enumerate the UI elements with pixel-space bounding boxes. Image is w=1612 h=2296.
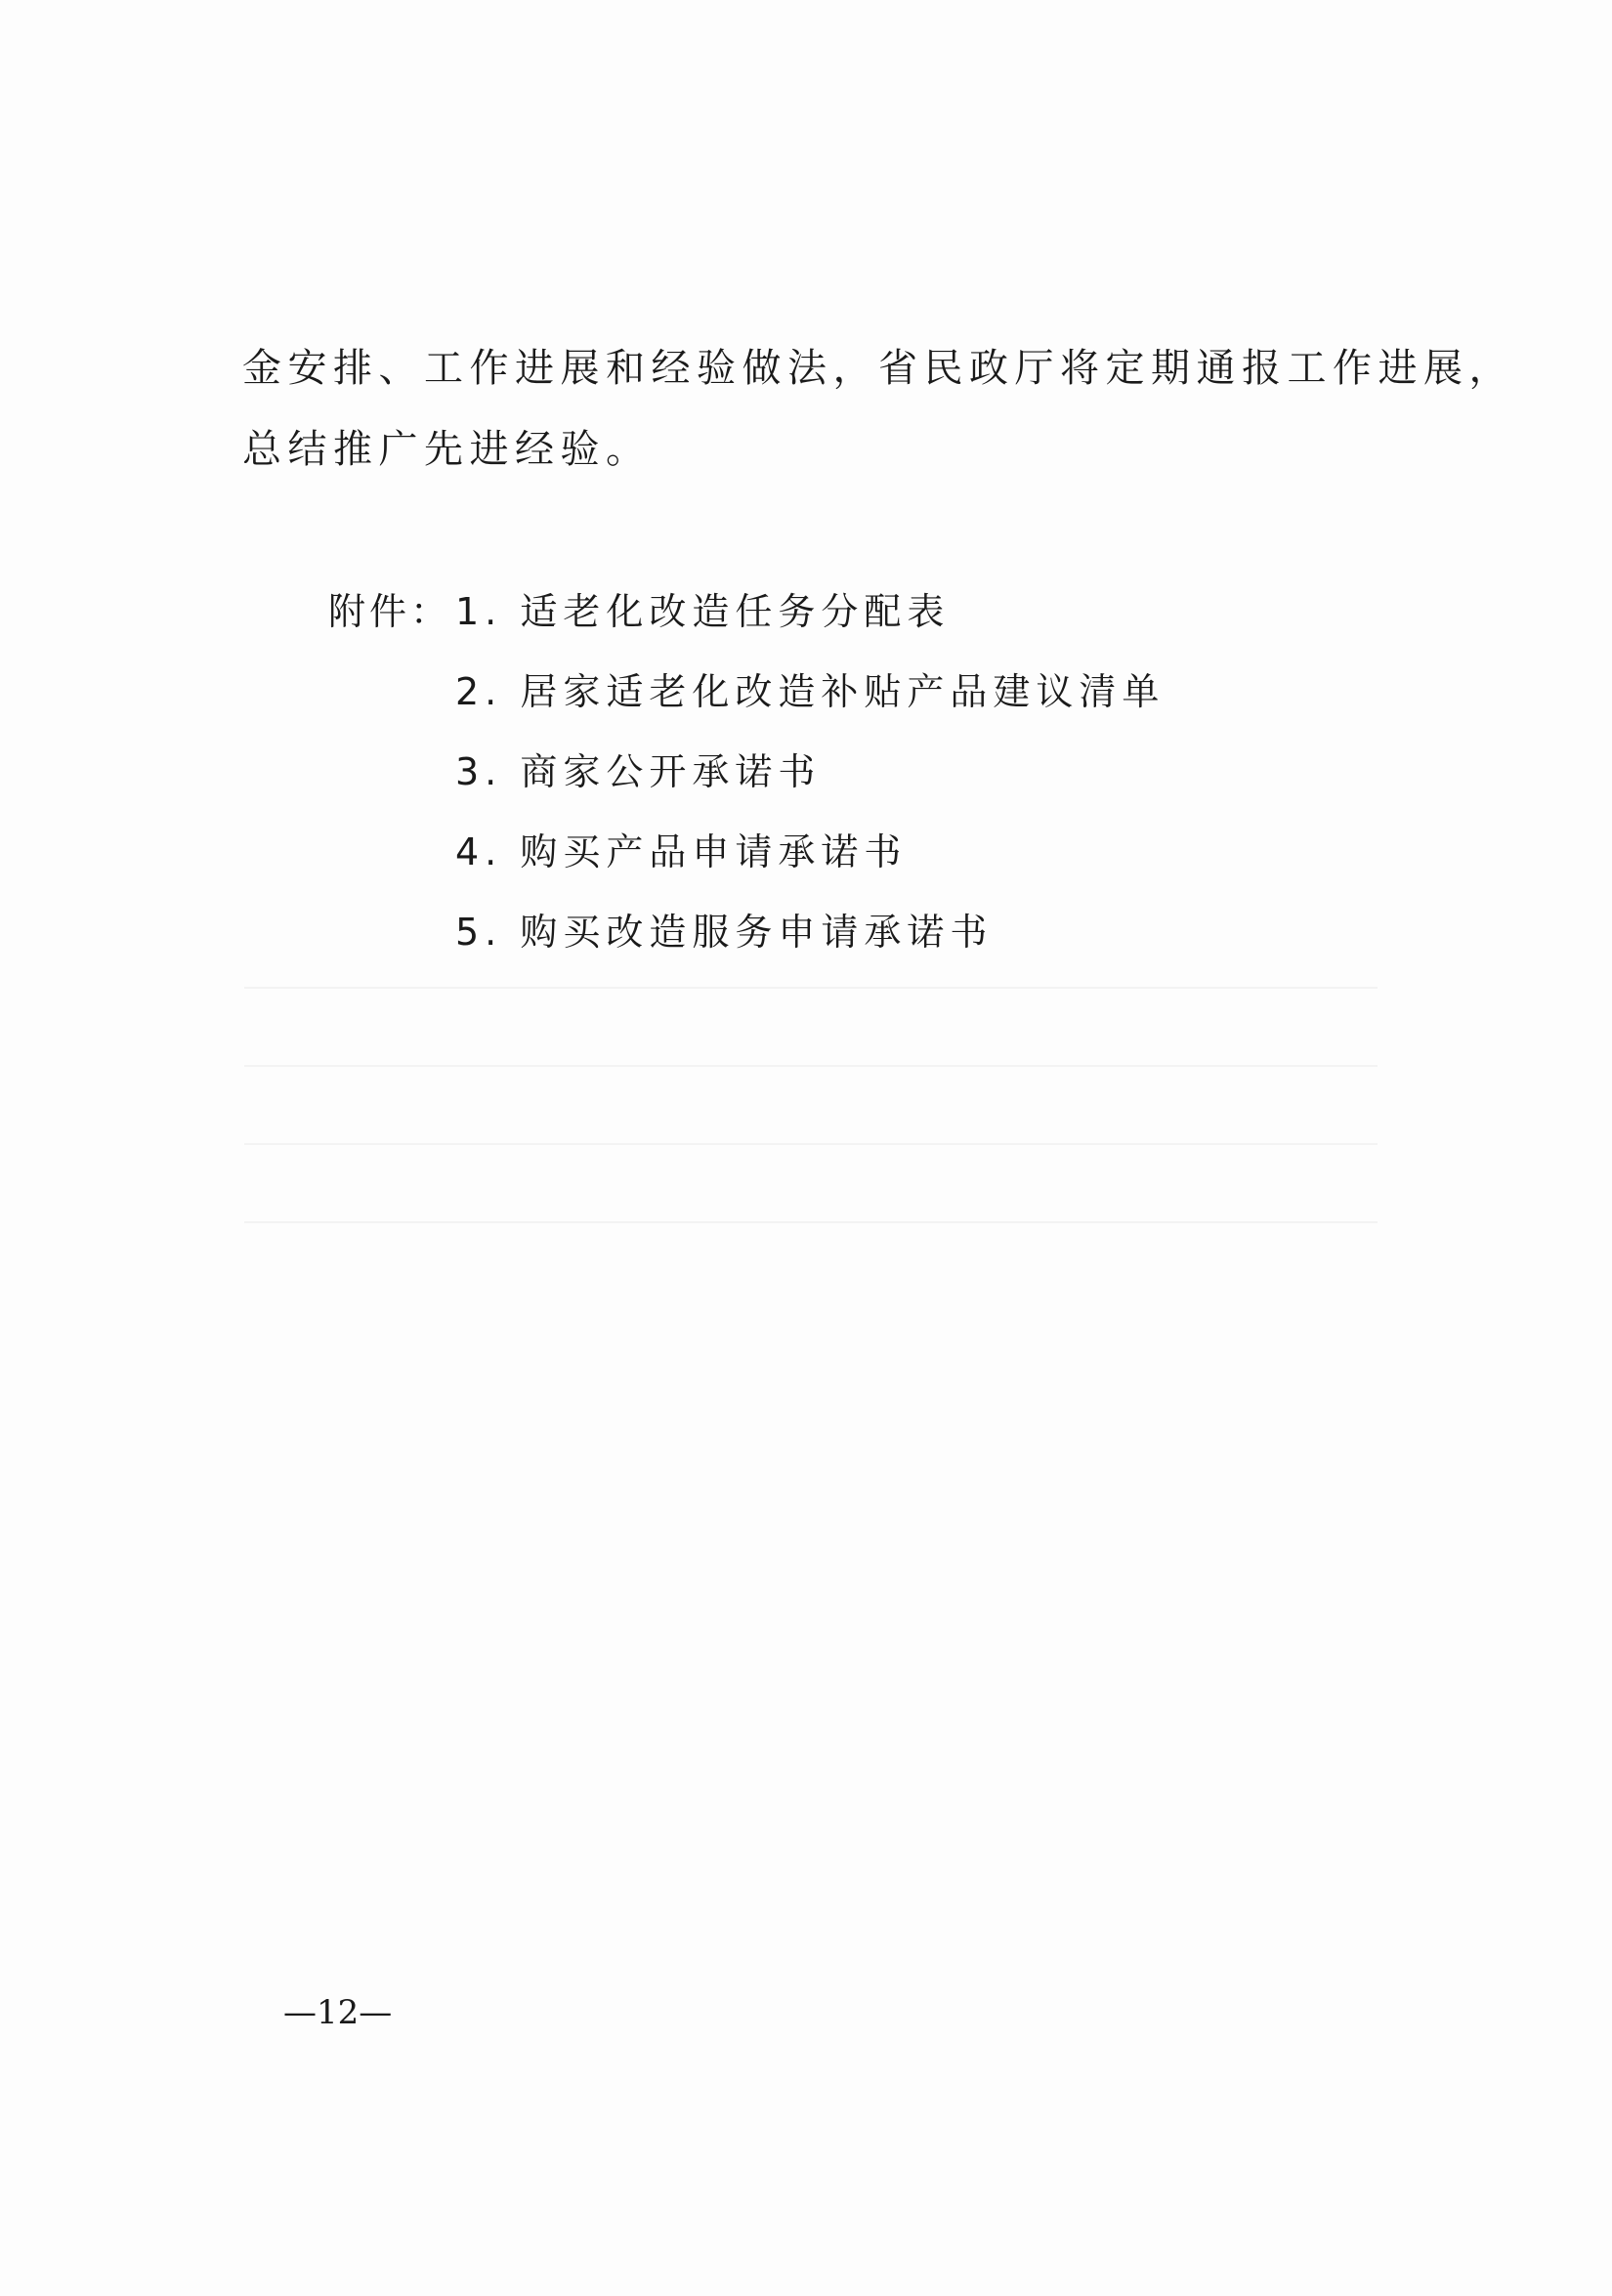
show-through-line (244, 1221, 1378, 1223)
show-through-line (244, 987, 1378, 989)
show-through-line (244, 1143, 1378, 1145)
attachment-item: 5. 购买改造服务申请承诺书 (455, 902, 993, 956)
attachment-item: 3. 商家公开承诺书 (455, 742, 821, 795)
attachments-label: 附件： (328, 581, 451, 635)
attachment-item: 1. 适老化改造任务分配表 (455, 581, 950, 635)
attachment-item: 2. 居家适老化改造补贴产品建议清单 (455, 661, 1165, 715)
page-number: —12— (283, 1993, 392, 2032)
body-text-line: 总结推广先进经验。 (242, 418, 652, 474)
attachment-item: 4. 购买产品申请承诺书 (455, 822, 907, 875)
show-through-line (244, 1065, 1378, 1067)
body-text-line: 金安排、工作进展和经验做法，省民政厅将定期通报工作进展， (242, 337, 1514, 393)
document-page: 金安排、工作进展和经验做法，省民政厅将定期通报工作进展， 总结推广先进经验。 附… (0, 0, 1612, 2296)
